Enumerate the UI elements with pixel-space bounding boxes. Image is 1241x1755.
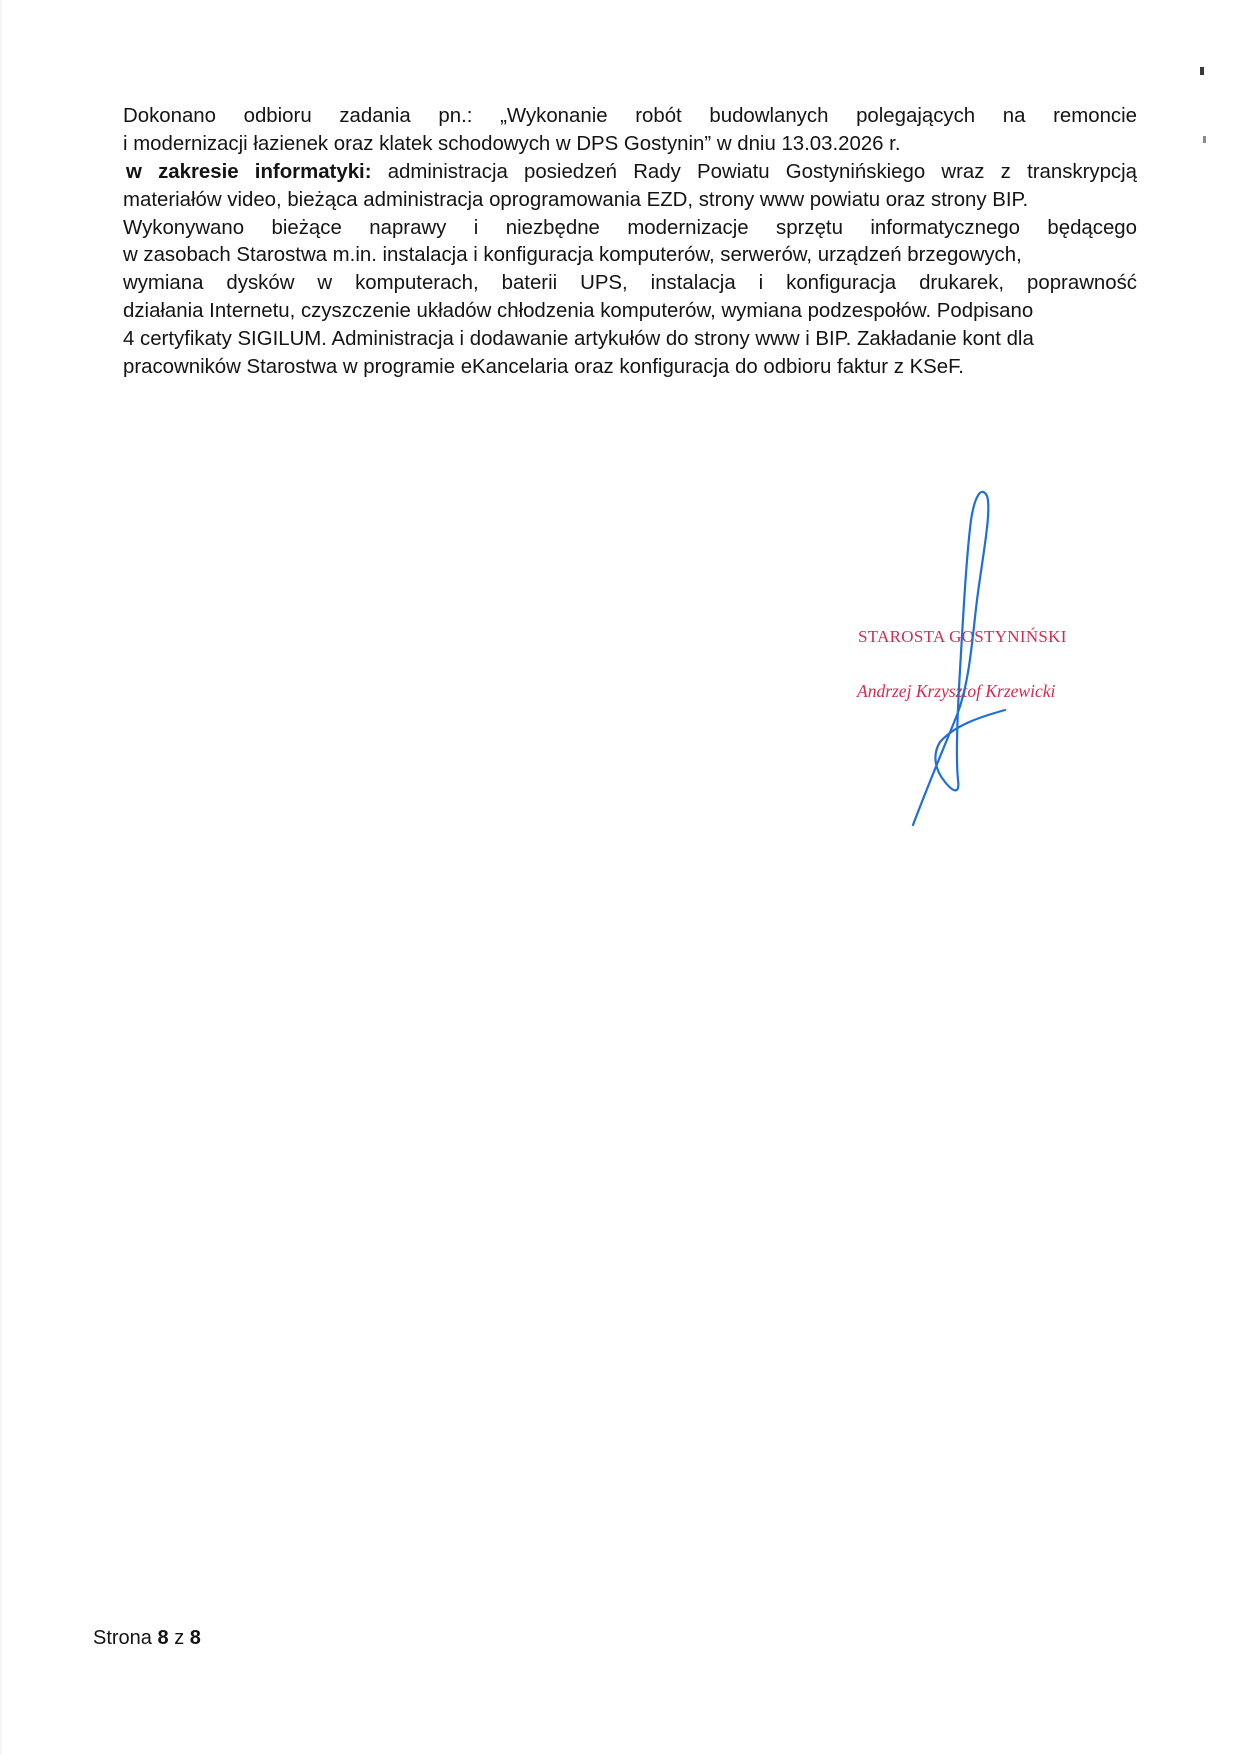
page-separator: z [174, 1627, 184, 1649]
paragraph-line-1: Dokonano odbioru zadania pn.: „Wykonanie… [123, 103, 1137, 131]
scan-page-edge [0, 0, 3, 1755]
paragraph-line-4: materiałów video, bieżąca administracja … [123, 187, 1137, 215]
paragraph-line-2: i modernizacji łazienek oraz klatek scho… [123, 131, 1137, 159]
document-body: Dokonano odbioru zadania pn.: „Wykonanie… [123, 103, 1137, 382]
paragraph-line-5: Wykonywano bieżące naprawy i niezbędne m… [123, 215, 1137, 243]
signature-stroke-icon [820, 480, 1120, 840]
scan-artifact-mark [1200, 67, 1204, 75]
paragraph-line-8: działania Internetu, czyszczenie układów… [123, 298, 1137, 326]
page-number: 8 [158, 1627, 169, 1649]
paragraph-line-3: w zakresie informatyki: administracja po… [123, 159, 1137, 187]
section-heading-it: w zakresie informatyki: [126, 161, 371, 183]
paragraph-line-9: 4 certyfikaty SIGILUM. Administracja i d… [123, 326, 1137, 354]
page-total: 8 [190, 1627, 201, 1649]
paragraph-line-6: w zasobach Starostwa m.in. instalacja i … [123, 242, 1137, 270]
paragraph-line-7: wymiana dysków w komputerach, baterii UP… [123, 270, 1137, 298]
paragraph-line-10: pracowników Starostwa w programie eKance… [123, 354, 1137, 382]
handwritten-signature [820, 480, 1120, 840]
scan-artifact-mark [1203, 136, 1206, 143]
page-label: Strona [93, 1627, 152, 1649]
page-footer: Strona 8 z 8 [93, 1627, 201, 1650]
